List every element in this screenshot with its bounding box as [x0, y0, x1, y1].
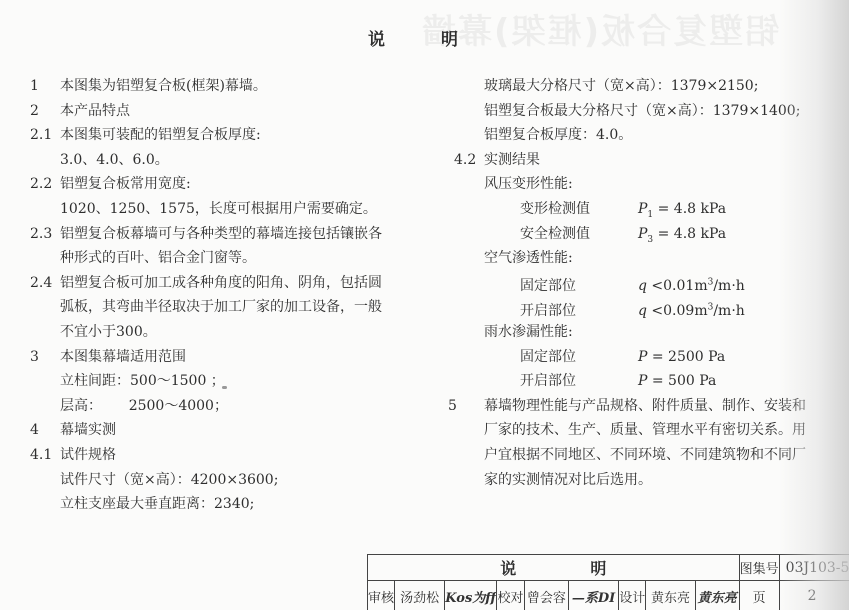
left-line: 2本产品特点: [30, 99, 390, 124]
checker-label: 校对: [497, 581, 525, 610]
left-line: 立柱间距：500～1500 ；: [30, 369, 390, 394]
designer-name: 黄东亮: [646, 581, 695, 610]
left-line: 立柱支座最大垂直距离：2340;: [30, 492, 390, 517]
right-column: 玻璃最大分格尺寸（宽×高）：1379×2150; 铝塑复合板最大分格尺寸（宽×高…: [454, 74, 814, 492]
section-number: 3: [30, 345, 60, 370]
line-text: 试件规格: [60, 447, 116, 463]
wind-heading: 风压变形性能:: [454, 172, 814, 197]
line-text: 弧板，其弯曲半径取决于加工厂家的加工设备，一般: [60, 299, 382, 315]
checker-name: 曾会容: [524, 581, 568, 610]
line-text: 幕墙实测: [60, 422, 116, 438]
atlas-number-label: 图集号: [739, 555, 779, 581]
left-line: 试件尺寸（宽×高）：4200×3600;: [30, 468, 390, 493]
left-column: 1本图集为铝塑复合板(框架)幕墙。2本产品特点2.1本图集可装配的铝塑复合板厚度…: [30, 74, 390, 517]
atlas-number-value: 03J103-5: [779, 555, 849, 581]
left-line: 种形式的百叶、铝合金门窗等。: [30, 246, 390, 271]
left-line: 1020、1250、1575，长度可根据用户需要确定。: [30, 197, 390, 222]
air-row-opening: 开启部位q <0.09m3/m·h: [454, 295, 814, 320]
panel-size-line: 铝塑复合板最大分格尺寸（宽×高）：1379×1400;: [454, 99, 814, 124]
air-row-fixed: 固定部位q <0.01m3/m·h: [454, 271, 814, 296]
line-text: 不宜小于300。: [60, 324, 157, 340]
line-text: 3.0、4.0、6.0。: [60, 152, 169, 168]
section-5-line-4: 家的实测情况对比后选用。: [454, 468, 814, 493]
page-label: 页: [739, 581, 779, 610]
row-value: q <0.01m3/m·h: [638, 278, 745, 294]
left-line: 弧板，其弯曲半径取决于加工厂家的加工设备，一般: [30, 295, 390, 320]
section-number: 2: [30, 99, 60, 124]
air-heading: 空气渗透性能:: [454, 246, 814, 271]
section-number: 2.1: [30, 123, 60, 148]
left-line: 2.4铝塑复合板可加工成各种角度的阳角、阴角，包括圆: [30, 271, 390, 296]
line-text: 1020、1250、1575，长度可根据用户需要确定。: [60, 201, 377, 217]
ink-speck: [222, 386, 227, 389]
line-text: 铝塑复合板可加工成各种角度的阳角、阴角，包括圆: [60, 275, 382, 291]
title-block-title: 说明: [368, 555, 740, 581]
designer-label: 设计: [619, 581, 646, 610]
left-line: 1本图集为铝塑复合板(框架)幕墙。: [30, 74, 390, 99]
line-text: 试件尺寸（宽×高）：4200×3600;: [60, 472, 278, 488]
left-line: 4幕墙实测: [30, 418, 390, 443]
glass-size-line: 玻璃最大分格尺寸（宽×高）：1379×2150;: [454, 74, 814, 99]
title-char-1: 说: [368, 25, 385, 50]
row-label: 变形检测值: [520, 197, 638, 222]
section-5-line-2: 厂家的技术、生产、质量、管理水平有密切关系。用: [454, 418, 814, 443]
panel-thickness-line: 铝塑复合板厚度：4.0。: [454, 123, 814, 148]
line-text: 立柱间距：500～1500 ；: [60, 373, 225, 389]
page-number: 2: [779, 581, 849, 610]
row-label: 固定部位: [520, 345, 638, 370]
section-text: 幕墙物理性能与产品规格、附件质量、制作、安装和: [484, 398, 806, 414]
section-5-line-3: 户宜根据不同地区、不同环境、不同建筑物和不同厂: [454, 443, 814, 468]
row-value: P3 = 4.8 kPa: [638, 226, 726, 242]
left-line: 2.2铝塑复合板常用宽度:: [30, 172, 390, 197]
rain-heading: 雨水渗漏性能:: [454, 320, 814, 345]
row-value: P = 2500 Pa: [638, 349, 725, 365]
line-text: 种形式的百叶、铝合金门窗等。: [60, 250, 256, 266]
reviewer-name: 汤劲松: [395, 581, 445, 610]
designer-signature: 黄东亮: [695, 581, 739, 610]
row-value: P1 = 4.8 kPa: [638, 201, 726, 217]
section-number: 4.1: [30, 443, 60, 468]
left-line: 2.3铝塑复合板幕墙可与各种类型的幕墙连接包括镶嵌各: [30, 222, 390, 247]
title-char-2: 明: [441, 25, 458, 50]
line-text: 铝塑复合板常用宽度:: [60, 176, 191, 192]
title-block: 说明 图集号 03J103-5 审核 汤劲松 Kos为ff 校对 曾会容 —系D…: [367, 554, 849, 610]
left-line: 4.1试件规格: [30, 443, 390, 468]
page-title: 说明: [368, 25, 458, 50]
line-text: 层高： 2500～4000；: [60, 398, 228, 414]
row-label: 开启部位: [520, 369, 638, 394]
section-number: 2.2: [30, 172, 60, 197]
section-number: 4.2: [454, 148, 484, 173]
wind-row-safety: 安全检测值P3 = 4.8 kPa: [454, 222, 814, 247]
section-4-2-heading: 4.2实测结果: [454, 148, 814, 173]
line-text: 本图集为铝塑复合板(框架)幕墙。: [60, 78, 267, 94]
section-number: 4: [30, 418, 60, 443]
row-value: q <0.09m3/m·h: [638, 303, 745, 319]
bleed-through-text: 铝塑复合板(框架)幕墙: [420, 4, 779, 53]
wind-row-deformation: 变形检测值P1 = 4.8 kPa: [454, 197, 814, 222]
line-text: 本图集幕墙适用范围: [60, 349, 186, 365]
left-line: 层高： 2500～4000；: [30, 394, 390, 419]
rain-row-fixed: 固定部位P = 2500 Pa: [454, 345, 814, 370]
left-line: 3本图集幕墙适用范围: [30, 345, 390, 370]
rain-row-opening: 开启部位P = 500 Pa: [454, 369, 814, 394]
row-label: 安全检测值: [520, 222, 638, 247]
checker-signature: —系DI: [568, 581, 618, 610]
section-5-line-1: 5幕墙物理性能与产品规格、附件质量、制作、安装和: [448, 394, 814, 419]
row-value: P = 500 Pa: [638, 373, 716, 389]
line-text: 铝塑复合板幕墙可与各种类型的幕墙连接包括镶嵌各: [60, 226, 382, 242]
section-number: 2.3: [30, 222, 60, 247]
reviewer-label: 审核: [368, 581, 395, 610]
left-line: 2.1本图集可装配的铝塑复合板厚度:: [30, 123, 390, 148]
left-line: 不宜小于300。: [30, 320, 390, 345]
section-number: 1: [30, 74, 60, 99]
line-text: 本产品特点: [60, 103, 130, 119]
section-heading-text: 实测结果: [484, 152, 540, 168]
section-number: 2.4: [30, 271, 60, 296]
line-text: 本图集可装配的铝塑复合板厚度:: [60, 127, 261, 143]
left-line: 3.0、4.0、6.0。: [30, 148, 390, 173]
line-text: 立柱支座最大垂直距离：2340;: [60, 496, 254, 512]
section-number: 5: [448, 394, 484, 419]
reviewer-signature: Kos为ff: [445, 581, 497, 610]
